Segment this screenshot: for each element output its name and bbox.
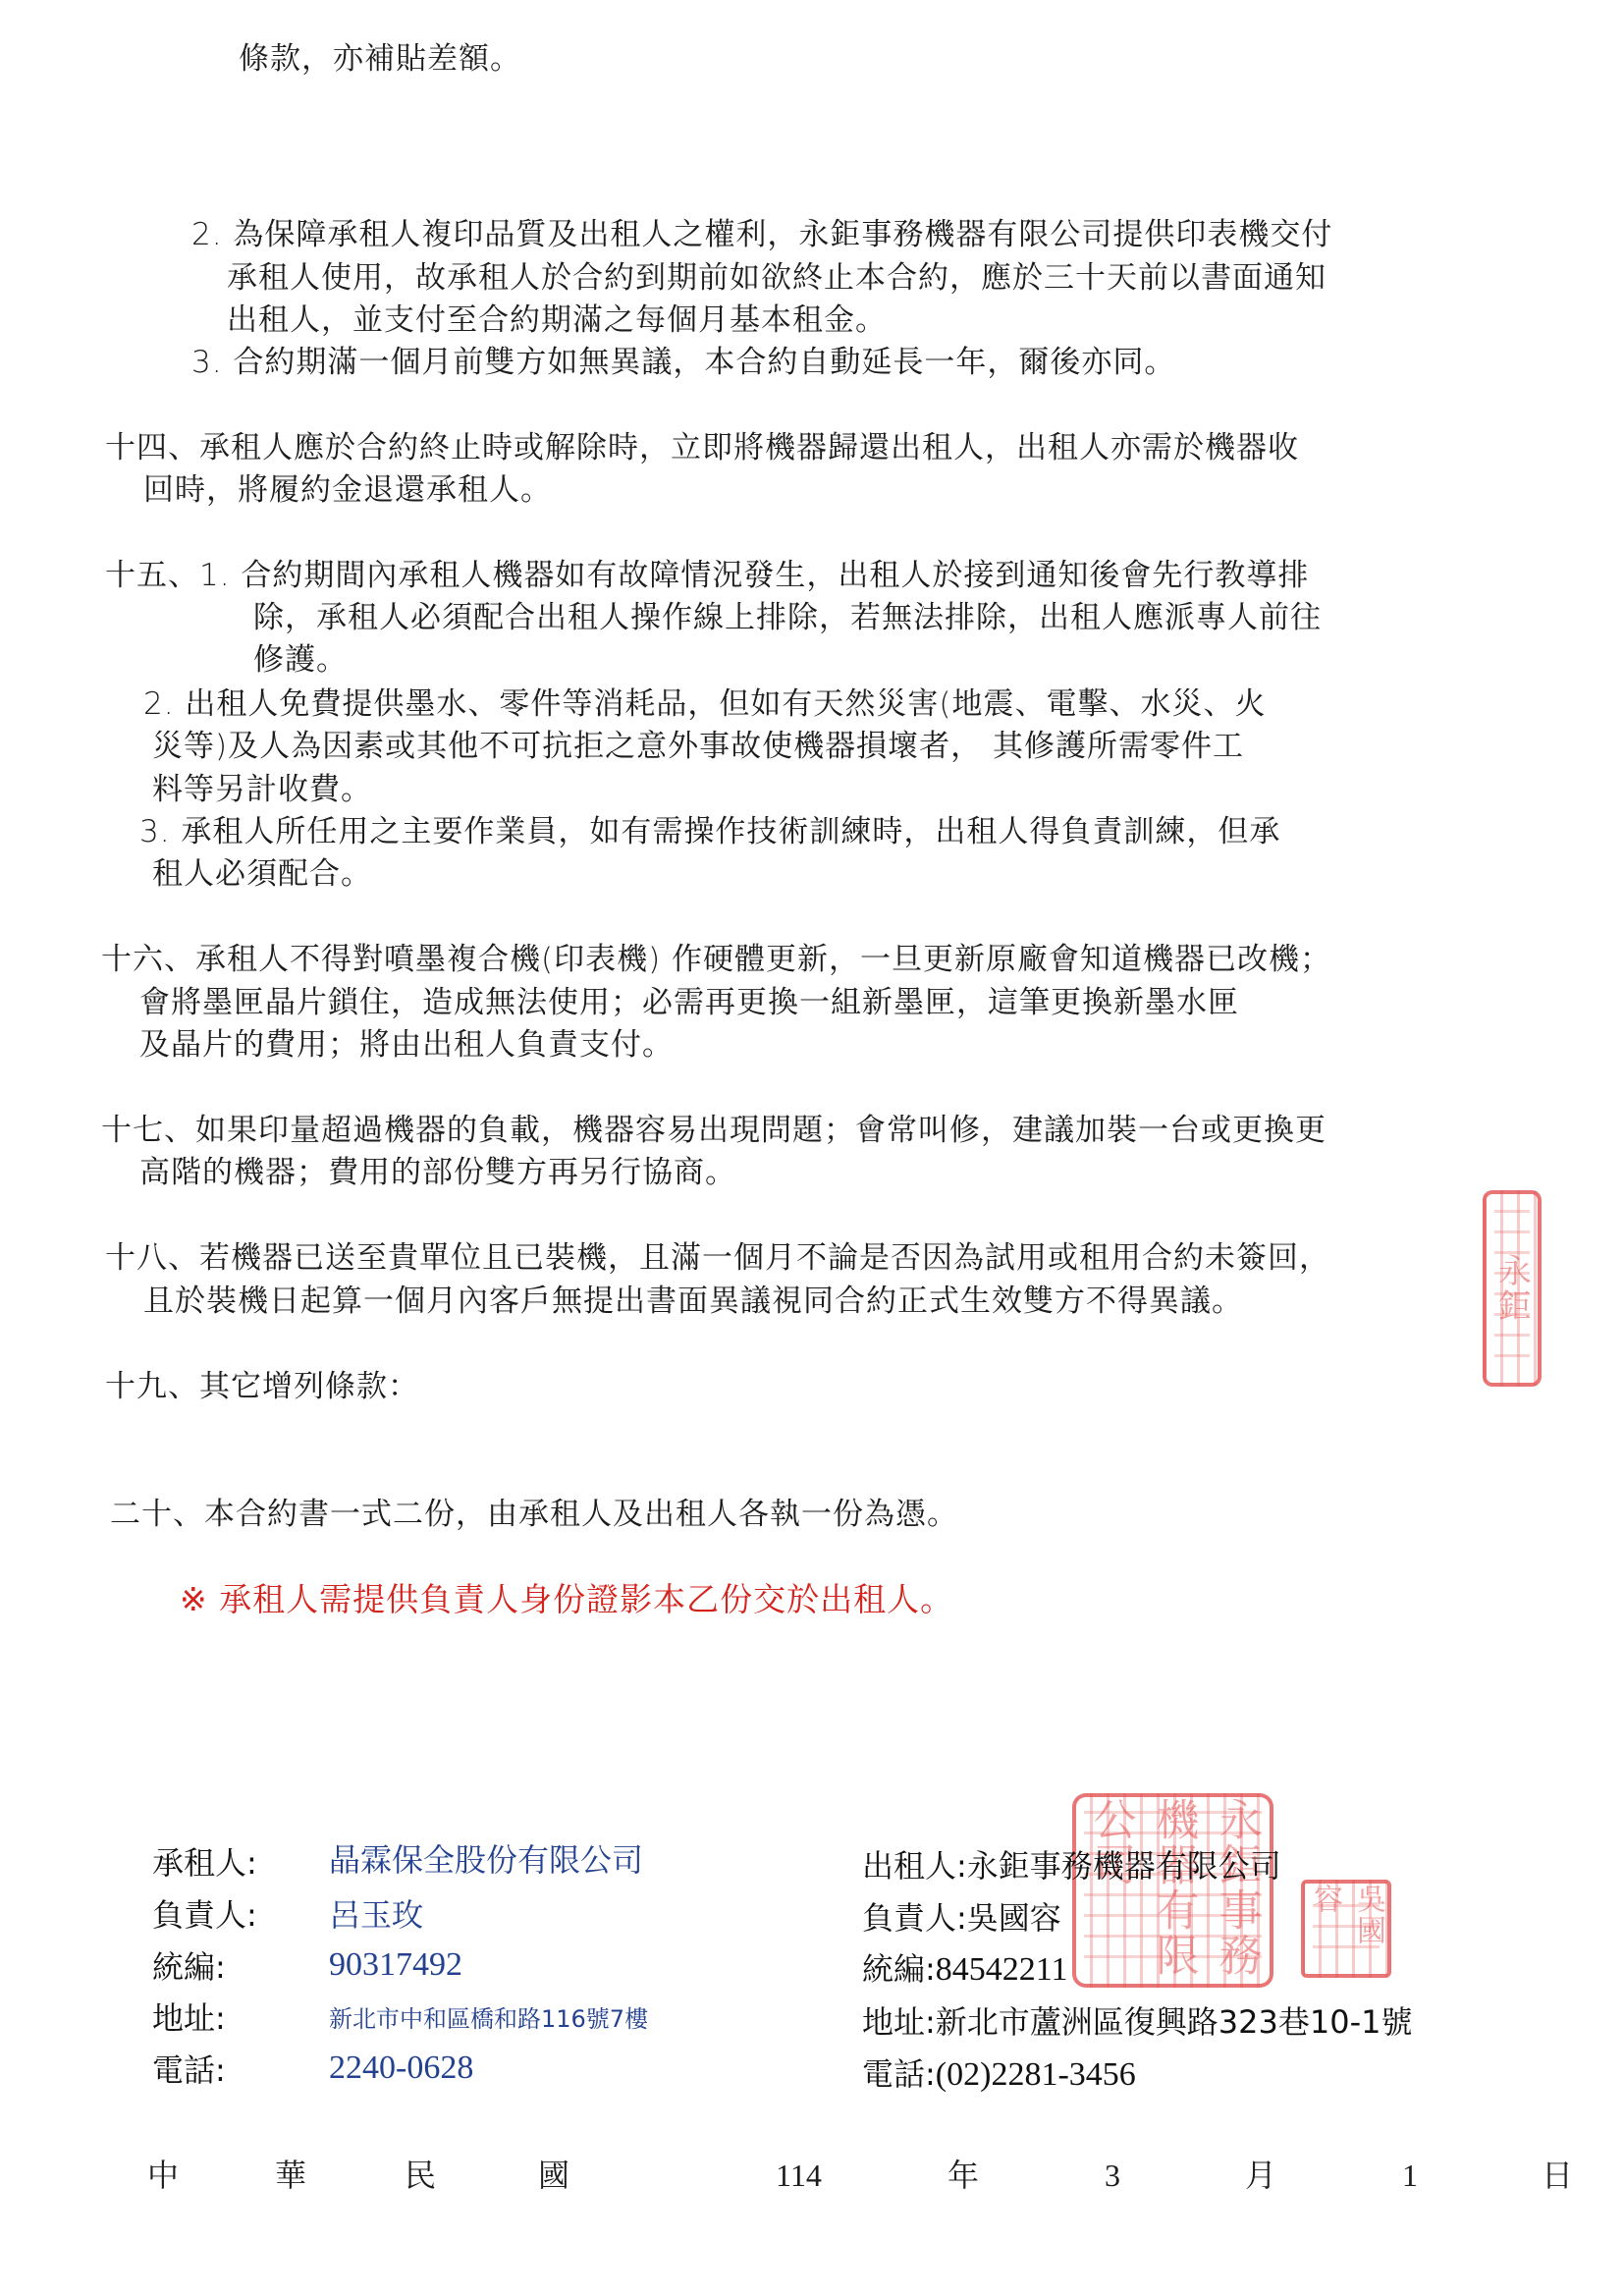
lessee-representative-label: 負責人: [152,1895,257,1935]
lessee-tax-id-value: 90317492 [329,1945,462,1985]
lessor-tax-id: 統編:84542211 [862,1949,1068,1990]
lessor-tax-id-label: 統編: [862,1950,936,1988]
clause-line: 十五、1. 合約期間內承租人機器如有故障情況發生，出租人於接到通知後會先行教導排 [105,556,1309,595]
era-char: 中 [147,2154,179,2197]
date-year: 114 [776,2154,822,2197]
lessee-address-label: 地址: [152,1998,226,2038]
lessor-phone: 電話:(02)2281-3456 [862,2054,1136,2095]
clause-line: 十六、承租人不得對噴墨複合機(印表機) 作硬體更新，一旦更新原廠會知道機器已改機… [101,940,1331,979]
clause-line: 十九、其它增列條款： [105,1367,419,1406]
clause-line: 修護。 [253,640,348,680]
clause-line: 災等)及人為因素或其他不可抗拒之意外事故使機器損壞者， 其修護所需零件工 [152,727,1244,766]
page-edge-seal-glyphs: 永鉅 [1487,1194,1538,1383]
clause-line: 回時，將履約金退還承租人。 [143,470,552,510]
lessor-representative: 負責人:吳國容 [862,1898,1061,1938]
lessee-representative-value: 呂玉玫 [329,1895,423,1935]
page-edge-seal: 永鉅 [1483,1190,1542,1387]
clause-line: 承租人使用，故承租人於合約到期前如欲終止本合約，應於三十天前以書面通知 [227,258,1326,298]
company-seal: 永鉅事務機器有限公司 [1072,1793,1273,1988]
lessee-address-value: 新北市中和區橋和路116號7樓 [329,1999,648,2039]
clause-line: 且於裝機日起算一個月內客戶無提出書面異議視同合約正式生效雙方不得異議。 [143,1282,1243,1321]
clause-line: 十八、若機器已送至貴單位且已裝機，且滿一個月不論是否因為試用或租用合約未簽回， [105,1238,1330,1278]
contract-date-row: 中 華 民 國 114 年 3 月 1 日 [0,2154,1624,2197]
era-char: 華 [275,2154,306,2197]
clause-line: 會將墨匣晶片鎖住，造成無法使用；必需再更換一組新墨匣，這筆更換新墨水匣 [139,983,1239,1022]
date-month-unit: 月 [1245,2154,1276,2197]
lessor-address-label: 地址: [862,2003,936,2041]
company-seal-glyphs: 永鉅事務機器有限公司 [1076,1797,1270,1984]
lessor-phone-value: (02)2281-3456 [936,2056,1136,2093]
clause-line: 高階的機器；費用的部份雙方再另行協商。 [139,1153,736,1192]
clause-line: 3. 承租人所任用之主要作業員，如有需操作技術訓練時，出租人得負責訓練，但承 [139,812,1280,851]
lessee-name-label: 承租人: [152,1843,257,1883]
lessee-name-value: 晶霖保全股份有限公司 [329,1840,643,1880]
lessor-phone-label: 電話: [862,2055,936,2093]
date-year-unit: 年 [947,2154,979,2197]
continuation-text: 條款，亦補貼差額。 [239,39,521,79]
clause-line: 十七、如果印量超過機器的負載，機器容易出現問題；會常叫修，建議加裝一台或更換更 [101,1111,1326,1150]
lessor-tax-id-value: 84542211 [936,1951,1068,1988]
id-copy-requirement-note: ※ 承租人需提供負責人身份證影本乙份交於出租人。 [180,1580,953,1619]
lessor-address: 地址:新北市蘆洲區復興路323巷10-1號 [862,2002,1413,2042]
clause-line: 3. 合約期滿一個月前雙方如無異議，本合約自動延長一年，爾後亦同。 [191,343,1175,382]
representative-seal: 吳國容 [1301,1880,1391,1978]
clause-line: 料等另計收費。 [152,770,372,809]
lessee-phone-label: 電話: [152,2050,226,2090]
representative-seal-glyphs: 吳國容 [1305,1884,1387,1974]
clause-line: 2. 為保障承租人複印品質及出租人之權利，永鉅事務機器有限公司提供印表機交付 [191,215,1332,254]
lessor-address-value: 新北市蘆洲區復興路323巷10-1號 [936,2003,1413,2041]
lessor-name: 出租人:永鉅事務機器有限公司 [862,1846,1281,1886]
clause-line: 十四、承租人應於合約終止時或解除時，立即將機器歸還出租人，出租人亦需於機器收 [105,428,1299,467]
clause-line: 2. 出租人免費提供墨水、零件等消耗品，但如有天然災害(地震、電擊、水災、火 [143,684,1267,724]
clause-line: 出租人，並支付至合約期滿之每個月基本租金。 [227,301,887,340]
lessee-tax-id-label: 統編: [152,1947,226,1987]
date-month: 3 [1105,2154,1120,2197]
clause-line: 除，承租人必須配合出租人操作線上排除，若無法排除，出租人應派專人前往 [253,598,1322,637]
date-day-unit: 日 [1542,2154,1573,2197]
era-char: 民 [405,2154,436,2197]
era-char: 國 [538,2154,569,2197]
date-day: 1 [1402,2154,1418,2197]
lessee-phone-value: 2240-0628 [329,2049,473,2088]
clause-line: 二十、本合約書一式二份，由承租人及出租人各執一份為憑。 [110,1495,958,1534]
clause-line: 租人必須配合。 [152,854,372,894]
clause-line: 及晶片的費用；將由出租人負責支付。 [139,1025,674,1065]
